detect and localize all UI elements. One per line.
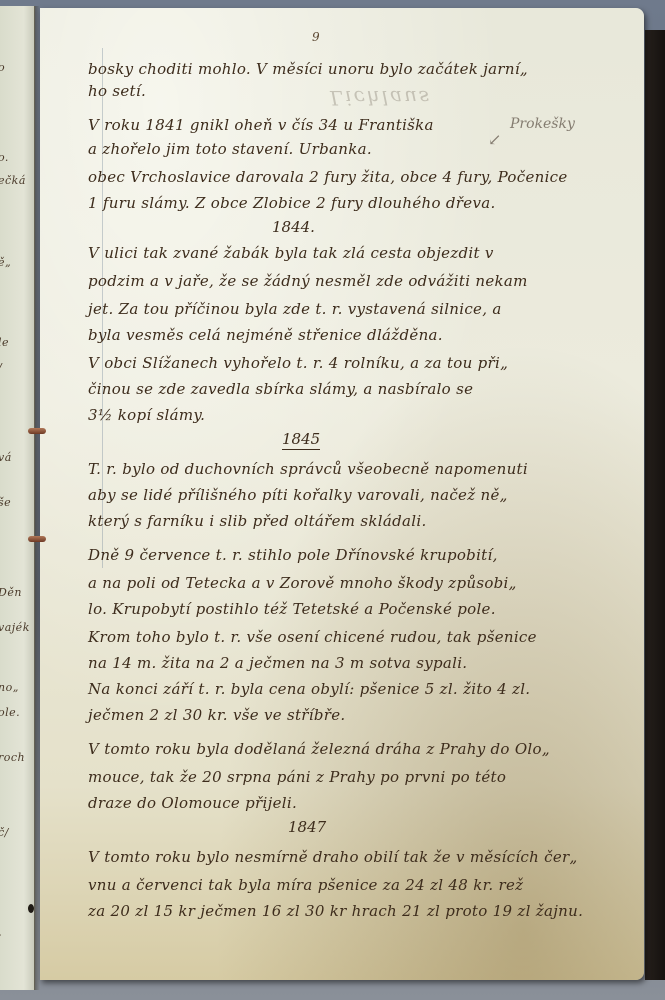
text-line: jet. Za tou příčinou byla zde t. r. vyst… [88, 300, 502, 318]
page-number: 9 [312, 30, 320, 44]
text-line: který s farníku i slib před oltářem sklá… [88, 512, 427, 530]
text-line: mouce, tak že 20 srpna páni z Prahy po p… [88, 768, 506, 786]
text-line: Dně 9 července t. r. stihlo pole Dřínovs… [88, 546, 498, 564]
text-line: obec Vrchoslavice darovala 2 fury žita, … [88, 168, 568, 186]
text-line: Krom toho bylo t. r. vše osení chicené r… [88, 628, 537, 646]
text-line: draze do Olomouce přijeli. [88, 794, 297, 812]
text-line: na 14 m. žita na 2 a ječmen na 3 m sotva… [88, 654, 467, 672]
text-line: bosky choditi mohlo. V měsíci unoru bylo… [88, 60, 528, 78]
year-heading: 1847 [288, 818, 326, 836]
text-line: a zhořelo jim toto stavení. Urbanka. [88, 140, 372, 158]
text-line: V obci Slížanech vyhořelo t. r. 4 rolník… [88, 354, 508, 372]
text-line: T. r. bylo od duchovních správců všeobec… [88, 460, 528, 478]
left-page-fragment: ečká [0, 174, 26, 187]
text-line: 3½ kopí slámy. [88, 406, 205, 424]
left-page-fragment: še [0, 496, 11, 509]
text-line: za 20 zl 15 kr ječmen 16 zl 30 kr hrach … [88, 902, 583, 920]
text-line: Na konci září t. r. byla cena obylí: pše… [88, 680, 530, 698]
year-heading: 1845 [282, 430, 320, 450]
text-line: V ulici tak zvané žabák byla tak zlá ces… [88, 244, 494, 262]
left-page-fragment: roch [0, 751, 25, 764]
left-page-fragment: o [0, 61, 5, 74]
binding-hole [28, 904, 34, 913]
text-line: lo. Krupobytí postihlo též Tetetské a Po… [88, 600, 496, 618]
left-page-fragment: vá [0, 451, 12, 464]
left-page-edge: o o. ečká ě„ le / vá še Děn vajék no„ ol… [0, 6, 35, 990]
text-line: a na poli od Tetecka a v Zorově mnoho šk… [88, 574, 517, 592]
left-page-fragment: ole. [0, 706, 20, 719]
left-page-fragment: le [0, 336, 9, 349]
left-page-fragment: Děn [0, 586, 22, 599]
text-line: činou se zde zavedla sbírka slámy, a nas… [88, 380, 473, 398]
left-page-fragment: / [0, 361, 2, 374]
left-page-fragment: no„ [0, 681, 19, 694]
text-line: byla vesměs celá nejméně střenice dláždě… [88, 326, 443, 344]
text-line: podzim a v jaře, že se žádný nesměl zde … [88, 272, 528, 290]
binding-ring [28, 428, 46, 434]
left-page-fragment: o. [0, 151, 9, 164]
left-page-fragment: vajék [0, 621, 30, 634]
arrow-icon: ↙ [488, 130, 501, 149]
text-line: aby se lidé přílišného píti kořalky varo… [88, 486, 508, 504]
year-heading: 1844. [272, 218, 315, 236]
left-page-fragment: č/ [0, 826, 9, 839]
text-line: 1 furu slámy. Z obce Zlobice 2 fury dlou… [88, 194, 496, 212]
left-page-fragment: ‚ [0, 926, 2, 939]
text-line: V roku 1841 gnikl oheň v čís 34 u Franti… [88, 116, 434, 134]
text-line: vnu a červenci tak byla míra pšenice za … [88, 876, 523, 894]
text-line: V tomto roku bylo nesmírně draho obilí t… [88, 848, 578, 866]
text-line: ho setí. [88, 82, 146, 100]
book-cover-edge [645, 30, 665, 980]
text-line: ječmen 2 zl 30 kr. vše ve stříbře. [88, 706, 346, 724]
left-page-fragment: ě„ [0, 256, 11, 269]
binding-ring [28, 536, 46, 542]
text-line: V tomto roku byla dodělaná železná dráha… [88, 740, 550, 758]
bleed-through-text: Lichlaus [330, 86, 431, 110]
margin-note: Prokešky [510, 116, 575, 132]
